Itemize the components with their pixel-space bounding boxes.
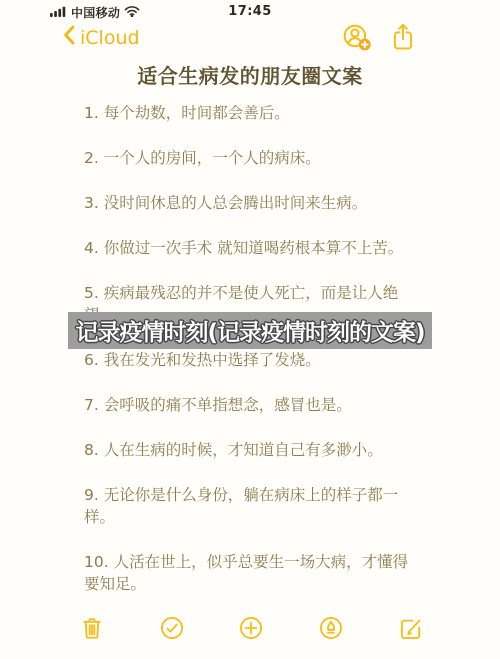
note-body[interactable]: 1.每个劫数，时间都会善后。 2.一个人的房间，一个人的病床。 3.没时间休息的… <box>84 102 418 618</box>
item-number: 9. <box>84 486 99 504</box>
share-button[interactable] <box>389 22 417 52</box>
item-number: 10. <box>84 553 109 571</box>
note-list-item[interactable]: 1.每个劫数，时间都会善后。 <box>84 102 418 124</box>
marker-pen-circle-icon <box>318 629 344 644</box>
item-number: 8. <box>84 441 99 459</box>
check-circle-icon <box>159 629 185 644</box>
item-number: 1. <box>84 104 99 122</box>
item-text: 我在发光和发热中选择了发烧。 <box>104 351 321 369</box>
back-button[interactable]: iCloud <box>63 25 140 50</box>
note-list-item[interactable]: 6.我在发光和发热中选择了发烧。 <box>84 349 418 371</box>
item-number: 5. <box>84 284 99 302</box>
note-list-item[interactable]: 2.一个人的房间，一个人的病床。 <box>84 147 418 169</box>
share-icon <box>389 40 417 55</box>
watermark-text: 记录疫情时刻(记录疫情时刻的文案) <box>75 314 424 347</box>
back-button-label: iCloud <box>80 27 140 49</box>
note-list-item[interactable]: 9.无论你是什么身份，躺在病床上的样子都一样。 <box>84 484 418 528</box>
note-list-item[interactable]: 4.你做过一次手术 就知道喝药根本算不上苦。 <box>84 237 418 259</box>
delete-note-button[interactable] <box>78 615 106 643</box>
add-people-button[interactable] <box>340 22 374 54</box>
note-list-item[interactable]: 3.没时间休息的人总会腾出时间来生病。 <box>84 192 418 214</box>
item-number: 7. <box>84 396 99 414</box>
note-list-item[interactable]: 7.会呼吸的痛不单指想念，感冒也是。 <box>84 394 418 416</box>
item-text: 你做过一次手术 就知道喝药根本算不上苦。 <box>104 239 403 257</box>
bottom-toolbar <box>0 607 500 659</box>
item-text: 无论你是什么身份，躺在病床上的样子都一样。 <box>84 486 398 526</box>
status-time: 17:45 <box>0 4 500 19</box>
add-attachment-button[interactable] <box>237 615 265 643</box>
checklist-button[interactable] <box>158 615 186 643</box>
note-list-item[interactable]: 10.人活在世上，似乎总要生一场大病，才懂得要知足。 <box>84 551 418 595</box>
note-list-item[interactable]: 8.人在生病的时候，才知道自己有多渺小。 <box>84 439 418 461</box>
item-text: 一个人的房间，一个人的病床。 <box>104 149 321 167</box>
item-number: 3. <box>84 194 99 212</box>
chevron-left-icon <box>63 25 75 50</box>
plus-circle-icon <box>238 629 264 644</box>
compose-icon <box>397 629 423 644</box>
item-text: 人活在世上，似乎总要生一场大病，才懂得要知足。 <box>84 553 408 593</box>
compose-button[interactable] <box>396 615 424 643</box>
trash-icon <box>79 629 105 644</box>
note-title[interactable]: 适合生病发的朋友圈文案 <box>0 60 500 89</box>
item-number: 6. <box>84 351 99 369</box>
item-text: 没时间休息的人总会腾出时间来生病。 <box>104 194 368 212</box>
item-number: 4. <box>84 239 99 257</box>
item-text: 会呼吸的痛不单指想念，感冒也是。 <box>104 396 352 414</box>
status-bar: 中国移动 17:45 <box>0 0 500 22</box>
watermark-banner: 记录疫情时刻(记录疫情时刻的文案) <box>68 312 432 349</box>
add-people-icon <box>340 42 374 57</box>
item-number: 2. <box>84 149 99 167</box>
markup-button[interactable] <box>317 615 345 643</box>
item-text: 每个劫数，时间都会善后。 <box>104 104 290 122</box>
notes-app-screen: 中国移动 17:45 iCloud <box>0 0 500 659</box>
item-text: 人在生病的时候，才知道自己有多渺小。 <box>104 441 383 459</box>
